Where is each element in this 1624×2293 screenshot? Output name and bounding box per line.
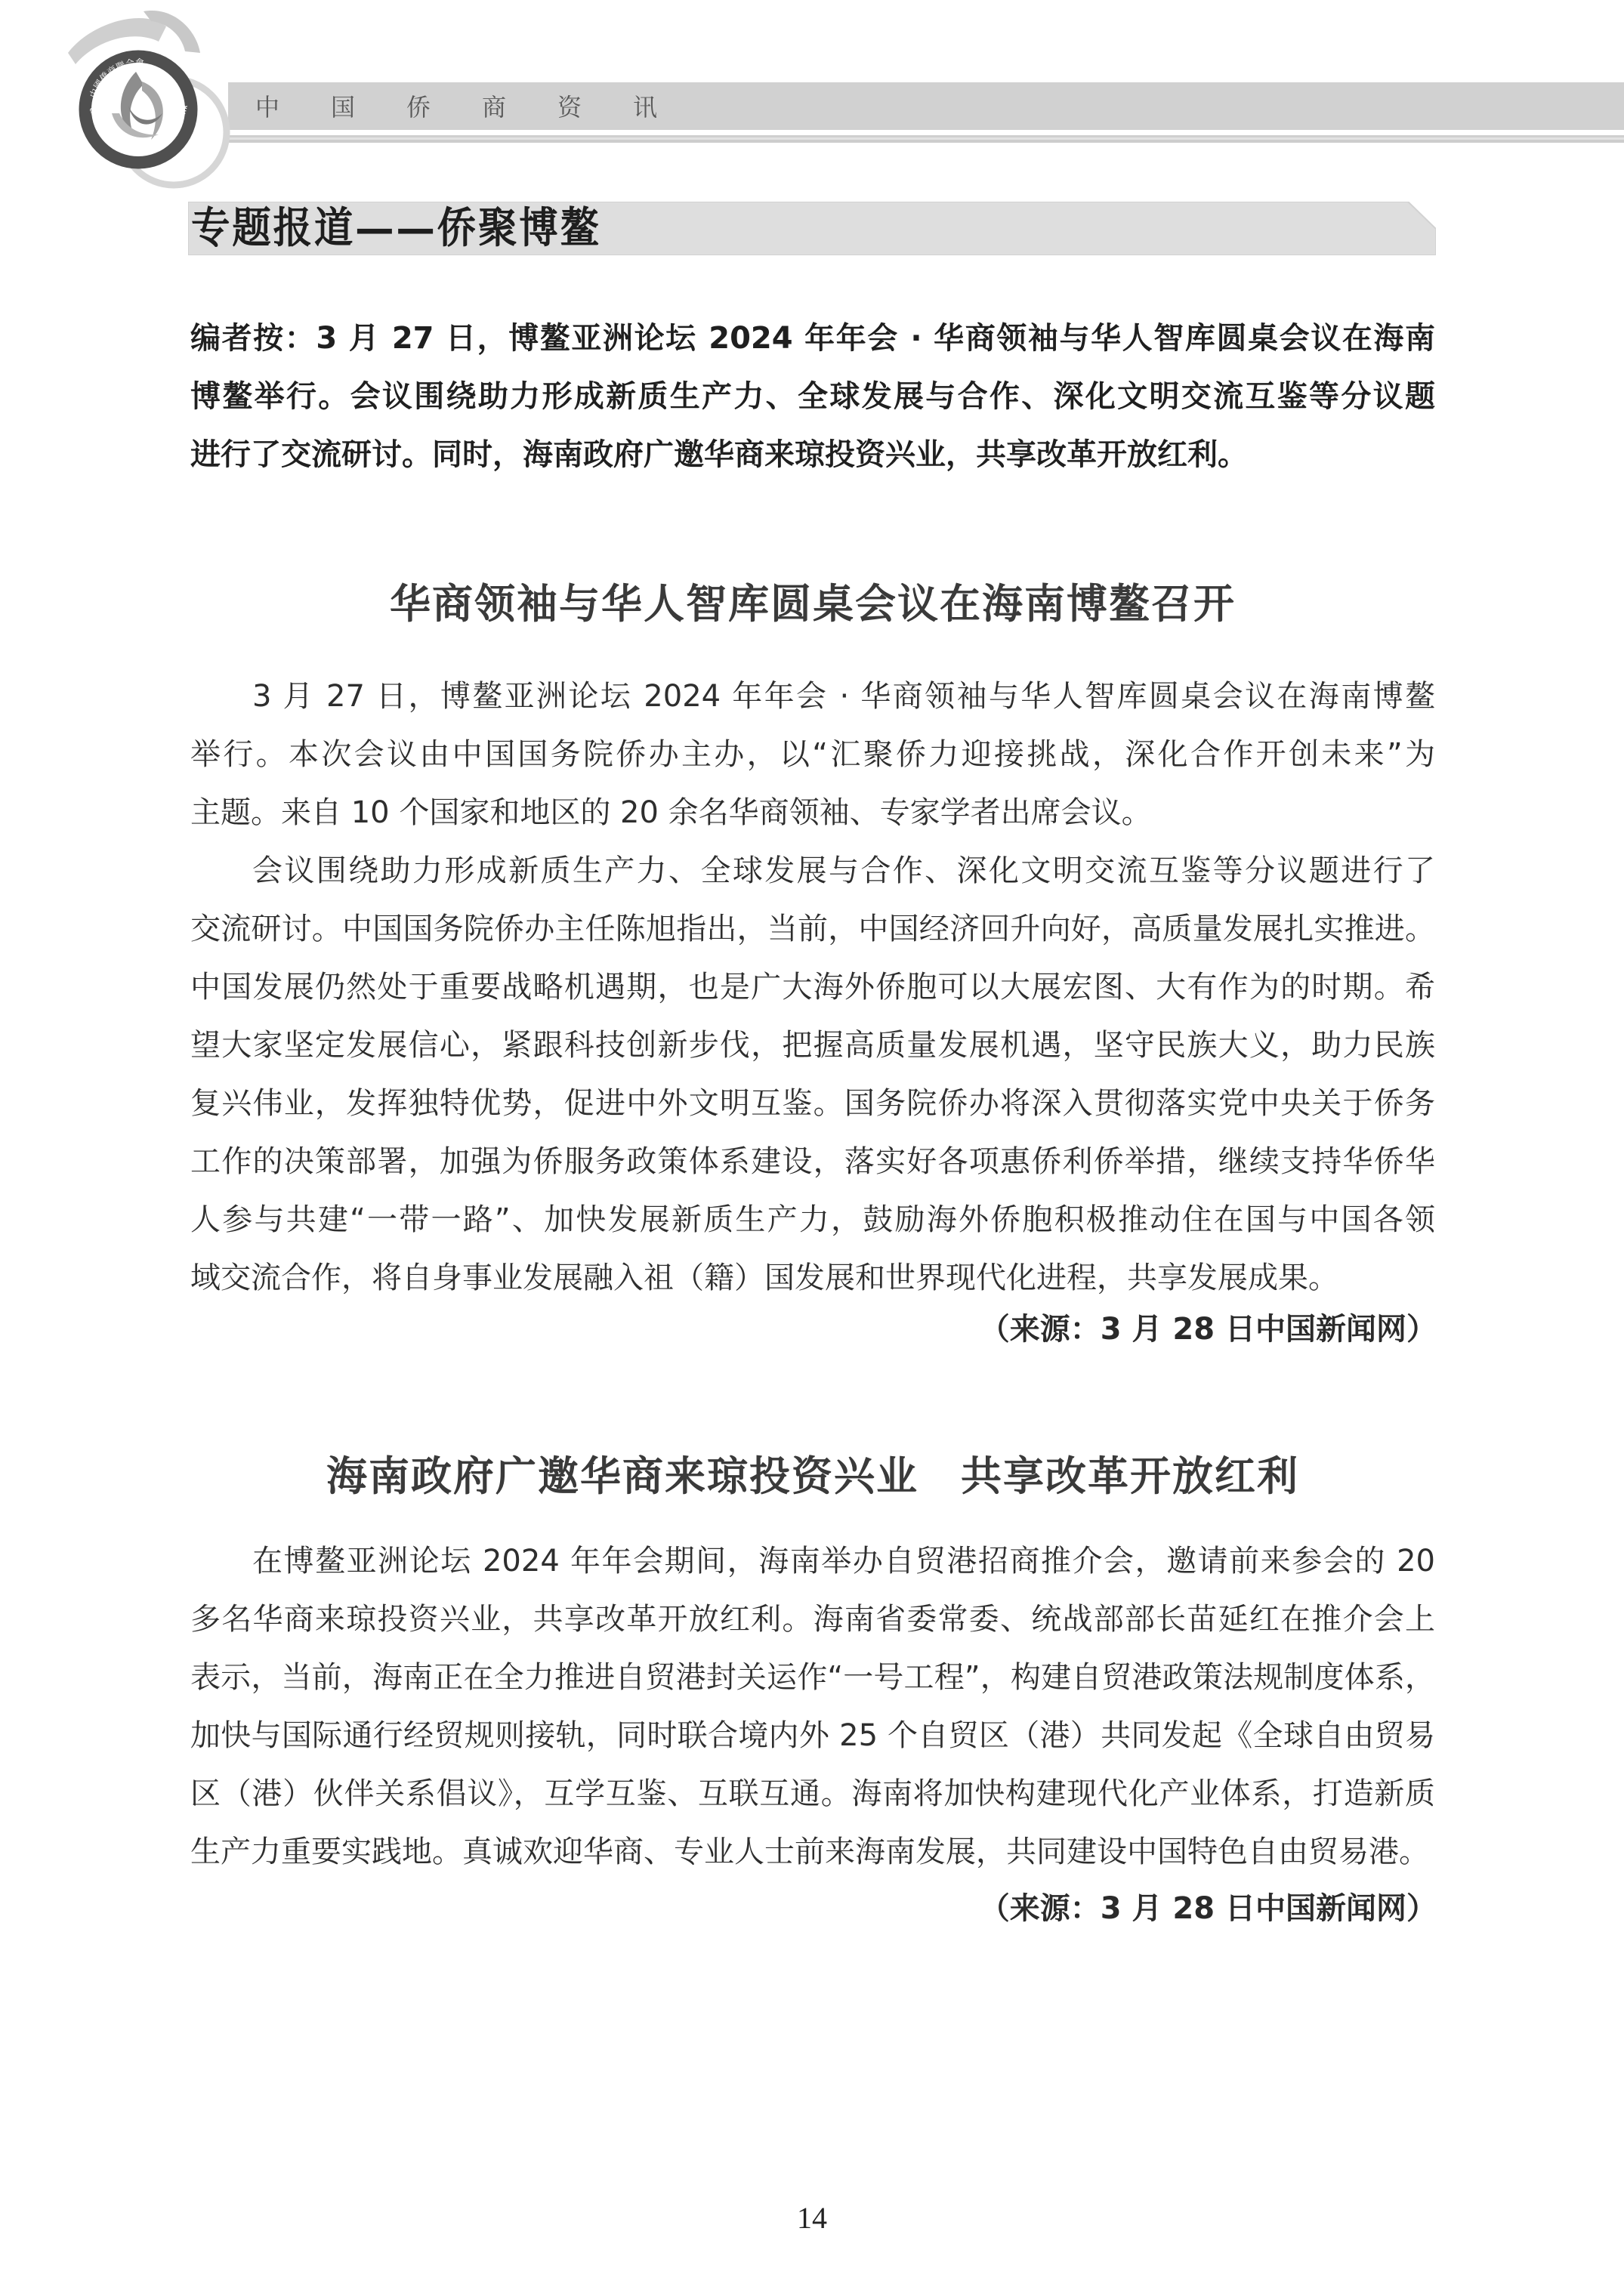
paragraph-line: 域交流合作，将自身事业发展融入祖（籍）国发展和世界现代化进程，共享发展成果。 xyxy=(190,1249,1435,1307)
paragraph-line: 主题。来自 10 个国家和地区的 20 余名华商领袖、专家学者出席会议。 xyxy=(190,784,1435,842)
paragraph-line: 交流研讨。中国国务院侨办主任陈旭指出，当前，中国经济回升向好，高质量发展扎实推进… xyxy=(190,900,1435,958)
paragraph-line: 多名华商来琼投资兴业，共享改革开放红利。海南省委常委、统战部部长苗延红在推介会上 xyxy=(190,1591,1435,1649)
paragraph-line: 区（港）伙伴关系倡议》，互学互鉴、互联互通。海南将加快构建现代化产业体系，打造新… xyxy=(190,1765,1435,1823)
publication-title: 中 国 侨 商 资 讯 xyxy=(255,92,709,122)
article-source: （来源：3 月 28 日中国新闻网） xyxy=(980,1301,1437,1359)
article-body: 3 月 27 日，博鳌亚洲论坛 2024 年年会 · 华商领袖与华人智库圆桌会议… xyxy=(190,668,1435,1307)
publication-char: 国 xyxy=(331,92,406,122)
paragraph-line: 在博鳌亚洲论坛 2024 年年会期间，海南举办自贸港招商推介会，邀请前来参会的 … xyxy=(190,1532,1435,1591)
paragraph-line: 生产力重要实践地。真诚欢迎华商、专业人士前来海南发展，共同建设中国特色自由贸易港… xyxy=(190,1823,1435,1881)
publication-char: 资 xyxy=(557,92,633,122)
organization-logo: 中國僑商聯合會 CHINA FEDERATION OF OVERSEAS CHI… xyxy=(45,0,272,189)
logo-emblem-icon: 中國僑商聯合會 CHINA FEDERATION OF OVERSEAS CHI… xyxy=(45,0,272,189)
paragraph-line: 加快与国际通行经贸规则接轨，同时联合境内外 25 个自贸区（港）共同发起《全球自… xyxy=(190,1707,1435,1765)
publication-char: 讯 xyxy=(633,92,709,122)
publication-char: 中 xyxy=(255,92,331,122)
header-double-rule xyxy=(228,135,1624,143)
article-title: 华商领袖与华人智库圆桌会议在海南博鳌召开 xyxy=(190,578,1435,631)
publication-char: 商 xyxy=(482,92,557,122)
article-title: 海南政府广邀华商来琼投资兴业 共享改革开放红利 xyxy=(190,1450,1435,1503)
paragraph-line: 3 月 27 日，博鳌亚洲论坛 2024 年年会 · 华商领袖与华人智库圆桌会议… xyxy=(190,668,1435,726)
editor-note-line: 编者按：3 月 27 日，博鳌亚洲论坛 2024 年年会 · 华商领袖与华人智库… xyxy=(190,310,1435,368)
section-banner: 专题报道——侨聚博鳌 xyxy=(188,202,1436,255)
paragraph-line: 复兴伟业，发挥独特优势，促进中外文明互鉴。国务院侨办将深入贯彻落实党中央关于侨务 xyxy=(190,1075,1435,1133)
article-source: （来源：3 月 28 日中国新闻网） xyxy=(980,1880,1437,1938)
page-number: 14 xyxy=(0,2202,1624,2235)
paragraph-line: 表示，当前，海南正在全力推进自贸港封关运作“一号工程”，构建自贸港政策法规制度体… xyxy=(190,1649,1435,1707)
editor-note-line: 博鳌举行。会议围绕助力形成新质生产力、全球发展与合作、深化文明交流互鉴等分议题 xyxy=(190,368,1435,426)
paragraph-line: 人参与共建“一带一路”、加快发展新质生产力，鼓励海外侨胞积极推动住在国与中国各领 xyxy=(190,1191,1435,1249)
banner-title: 专题报道——侨聚博鳌 xyxy=(191,203,601,253)
paragraph-line: 中国发展仍然处于重要战略机遇期，也是广大海外侨胞可以大展宏图、大有作为的时期。希 xyxy=(190,958,1435,1017)
paragraph-line: 望大家坚定发展信心，紧跟科技创新步伐，把握高质量发展机遇，坚守民族大义，助力民族 xyxy=(190,1017,1435,1075)
paragraph-line: 工作的决策部署，加强为侨服务政策体系建设，落实好各项惠侨利侨举措，继续支持华侨华 xyxy=(190,1133,1435,1191)
editor-note-line: 进行了交流研讨。同时，海南政府广邀华商来琼投资兴业，共享改革开放红利。 xyxy=(190,426,1435,484)
paragraph-line: 会议围绕助力形成新质生产力、全球发展与合作、深化文明交流互鉴等分议题进行了 xyxy=(190,842,1435,900)
editor-note: 编者按：3 月 27 日，博鳌亚洲论坛 2024 年年会 · 华商领袖与华人智库… xyxy=(190,310,1435,484)
paragraph-line: 举行。本次会议由中国国务院侨办主办，以“汇聚侨力迎接挑战，深化合作开创未来”为 xyxy=(190,726,1435,784)
article-body: 在博鳌亚洲论坛 2024 年年会期间，海南举办自贸港招商推介会，邀请前来参会的 … xyxy=(190,1532,1435,1881)
publication-char: 侨 xyxy=(406,92,482,122)
